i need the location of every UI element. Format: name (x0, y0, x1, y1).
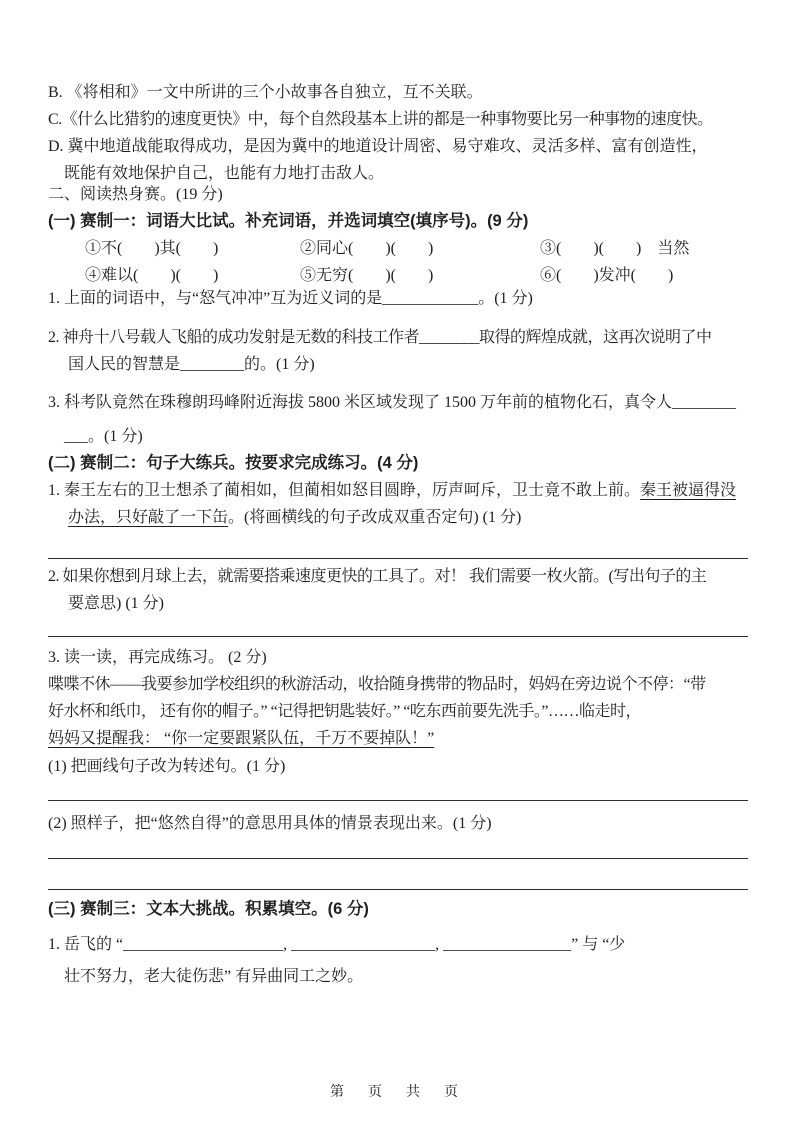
part2-question-3-heading: 3. 读一读，再完成练习。 (2 分) (48, 644, 748, 671)
part2-heading: (二) 赛制二：句子大练兵。按要求完成练习。(4 分) (48, 450, 748, 477)
part3-question-1-line2: 壮不努力，老大徒伤悲” 有异曲同工之妙。 (48, 963, 748, 990)
part2-q3-sub1: (1) 把画线句子改为转述句。(1 分) (48, 753, 748, 780)
part1-question-3-line1: 3. 科考队竟然在珠穆朗玛峰附近海拔 5800 米区域发现了 1500 万年前的… (48, 389, 748, 416)
page-footer: 第 页 共 页 (0, 1081, 793, 1101)
part3-heading: (三) 赛制三：文本大挑战。积累填空。(6 分) (48, 896, 748, 923)
word-blank-1: ①不( )其( ) (85, 235, 300, 262)
part2-question-2-line1: 2. 如果你想到月球上去，就需要搭乘速度更快的工具了。对！ 我们需要一枚火箭。(… (48, 563, 748, 590)
choice-option-b: B. 《将相和》一文中所讲的三个小故事各自独立，互不关联。 (48, 79, 748, 106)
part2-question-2-line2: 要意思) (1 分) (48, 590, 748, 617)
part2-q1-underlined-text-1: 秦王被逼得没 (640, 482, 736, 499)
answer-line (48, 636, 748, 637)
answer-line (48, 558, 748, 559)
choice-option-c: C.《什么比猎豹的速度更快》中，每个自然段基本上讲的都是一种事物要比另一种事物的… (48, 106, 748, 133)
part1-question-2-line2: 国人民的智慧是________的。(1 分) (48, 351, 748, 378)
section-2-heading: 二、阅读热身赛。(19 分) (48, 181, 748, 208)
part2-q3-underlined-sentence: 妈妈又提醒我： “你一定要跟紧队伍，千万不要掉队！” (48, 730, 434, 747)
part2-q3-passage-line2: 好水杯和纸巾， 还有你的帽子。” “记得把钥匙装好。” “吃东西前要先洗手。”…… (48, 698, 748, 725)
answer-line (48, 858, 748, 859)
part2-q3-sub2: (2) 照样子，把“悠然自得”的意思用具体的情景表现出来。(1 分) (48, 810, 748, 837)
part2-q3-passage-line1: 喋喋不休——我要参加学校组织的秋游活动，收拾随身携带的物品时，妈妈在旁边说个不停… (48, 671, 748, 698)
part1-question-1: 1. 上面的词语中，与“怒气冲冲”互为近义词的是____________。(1 … (48, 285, 748, 312)
answer-line (48, 889, 748, 890)
part2-question-1-line2: 办法，只好敲了一下缶。(将画横线的句子改成双重否定句) (1 分) (48, 504, 748, 531)
exam-paper-page: B. 《将相和》一文中所讲的三个小故事各自独立，互不关联。 C.《什么比猎豹的速… (0, 0, 793, 1121)
choice-option-d-line1: D. 冀中地道战能取得成功，是因为冀中的地道设计周密、易守难攻、灵活多样、富有创… (48, 133, 748, 160)
part2-question-1-line1: 1. 秦王左右的卫士想杀了蔺相如，但蔺相如怒目圆睁，厉声呵斥，卫士竟不敢上前。秦… (48, 477, 748, 504)
part3-question-1-line1: 1. 岳飞的 “____________________, __________… (48, 931, 748, 958)
word-blank-2: ②同心( )( ) (300, 235, 540, 262)
part1-question-2-line1: 2. 神舟十八号载人飞船的成功发射是无数的科技工作者________取得的辉煌成… (48, 324, 748, 351)
part2-q1-underlined-text-2: 办法，只好敲了一下缶 (68, 509, 228, 526)
page-content: B. 《将相和》一文中所讲的三个小故事各自独立，互不关联。 C.《什么比猎豹的速… (48, 79, 748, 990)
part2-q1-instruction: 。(将画横线的句子改成双重否定句) (1 分) (228, 509, 521, 526)
part1-question-3-line2: ___。(1 分) (48, 423, 748, 450)
part2-q1-normal-text: 1. 秦王左右的卫士想杀了蔺相如，但蔺相如怒目圆睁，厉声呵斥，卫士竟不敢上前。 (48, 482, 640, 499)
word-fill-table: ①不( )其( ) ②同心( )( ) ③( )( ) 当然 ④难以( )( )… (48, 235, 748, 289)
part2-q3-passage-line3: 妈妈又提醒我： “你一定要跟紧队伍，千万不要掉队！” (48, 725, 748, 752)
word-row-1: ①不( )其( ) ②同心( )( ) ③( )( ) 当然 (85, 235, 748, 262)
word-blank-6: ⑥( )发冲( ) (540, 262, 673, 289)
part1-heading: (一) 赛制一：词语大比试。补充词语，并选词填空(填序号)。(9 分) (48, 208, 748, 235)
answer-line (48, 800, 748, 801)
word-blank-3: ③( )( ) 当然 (540, 235, 689, 262)
